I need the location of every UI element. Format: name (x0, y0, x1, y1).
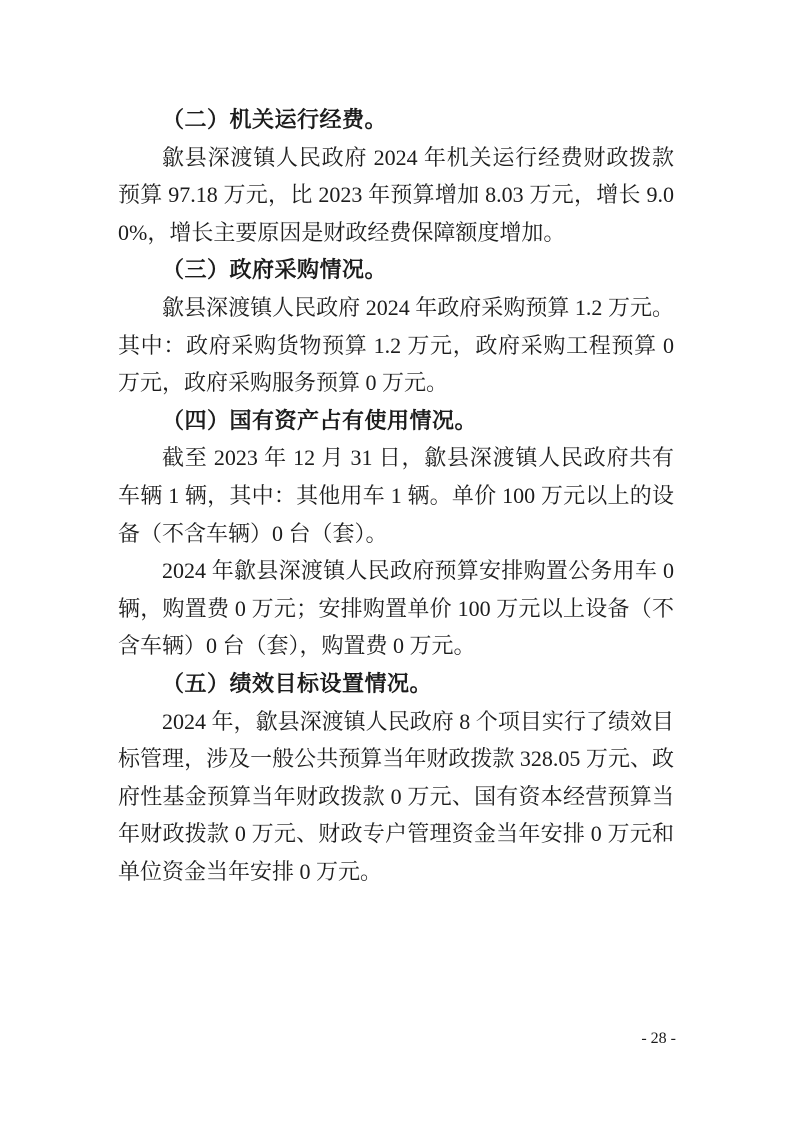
paragraph: 歙县深渡镇人民政府 2024 年机关运行经费财政拨款预算 97.18 万元，比 … (118, 139, 674, 252)
document-body: （二）机关运行经费。 歙县深渡镇人民政府 2024 年机关运行经费财政拨款预算 … (118, 101, 674, 890)
section-performance-targets: （五）绩效目标设置情况。 2024 年，歙县深渡镇人民政府 8 个项目实行了绩效… (118, 665, 674, 891)
section-heading: （二）机关运行经费。 (118, 101, 674, 139)
section-heading: （三）政府采购情况。 (118, 251, 674, 289)
paragraph: 截至 2023 年 12 月 31 日，歙县深渡镇人民政府共有车辆 1 辆，其中… (118, 439, 674, 552)
paragraph: 歙县深渡镇人民政府 2024 年政府采购预算 1.2 万元。其中：政府采购货物预… (118, 289, 674, 402)
section-heading: （五）绩效目标设置情况。 (118, 665, 674, 703)
page-number: - 28 - (641, 1028, 676, 1050)
section-operating-funds: （二）机关运行经费。 歙县深渡镇人民政府 2024 年机关运行经费财政拨款预算 … (118, 101, 674, 251)
section-heading: （四）国有资产占有使用情况。 (118, 402, 674, 440)
document-page: （二）机关运行经费。 歙县深渡镇人民政府 2024 年机关运行经费财政拨款预算 … (0, 0, 793, 1122)
section-government-procurement: （三）政府采购情况。 歙县深渡镇人民政府 2024 年政府采购预算 1.2 万元… (118, 251, 674, 401)
paragraph: 2024 年歙县深渡镇人民政府预算安排购置公务用车 0 辆，购置费 0 万元；安… (118, 552, 674, 665)
paragraph: 2024 年，歙县深渡镇人民政府 8 个项目实行了绩效目标管理，涉及一般公共预算… (118, 703, 674, 891)
section-state-assets: （四）国有资产占有使用情况。 截至 2023 年 12 月 31 日，歙县深渡镇… (118, 402, 674, 665)
